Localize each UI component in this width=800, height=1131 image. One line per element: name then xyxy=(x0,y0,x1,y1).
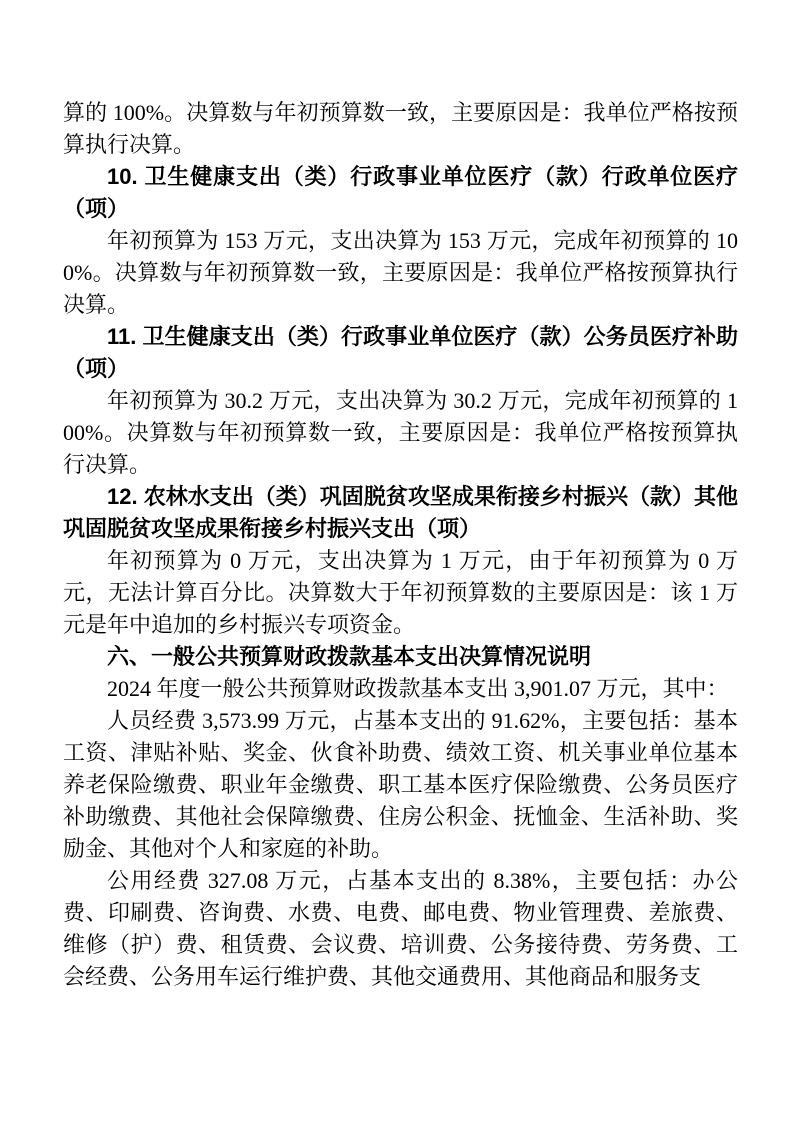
body-paragraph: 年初预算为 153 万元，支出决算为 153 万元，完成年初预算的 100%。决… xyxy=(63,225,738,321)
section-heading: 11. 卫生健康支出（类）行政事业单位医疗（款）公务员医疗补助（项） xyxy=(63,321,738,385)
section-heading: 六、一般公共预算财政拨款基本支出决算情况说明 xyxy=(63,641,738,673)
section-heading: 10. 卫生健康支出（类）行政事业单位医疗（款）行政单位医疗（项） xyxy=(63,161,738,225)
body-paragraph: 算的 100%。决算数与年初预算数一致，主要原因是：我单位严格按预算执行决算。 xyxy=(63,97,738,161)
document-page: 算的 100%。决算数与年初预算数一致，主要原因是：我单位严格按预算执行决算。1… xyxy=(0,0,800,1131)
body-paragraph: 2024 年度一般公共预算财政拨款基本支出 3,901.07 万元，其中： xyxy=(63,673,738,705)
body-paragraph: 年初预算为 0 万元，支出决算为 1 万元，由于年初预算为 0 万元，无法计算百… xyxy=(63,545,738,641)
section-heading: 12. 农林水支出（类）巩固脱贫攻坚成果衔接乡村振兴（款）其他巩固脱贫攻坚成果衔… xyxy=(63,481,738,545)
body-paragraph: 公用经费 327.08 万元，占基本支出的 8.38%，主要包括：办公费、印刷费… xyxy=(63,865,738,993)
body-paragraph: 人员经费 3,573.99 万元，占基本支出的 91.62%，主要包括：基本工资… xyxy=(63,705,738,865)
document-text-block: 算的 100%。决算数与年初预算数一致，主要原因是：我单位严格按预算执行决算。1… xyxy=(63,97,738,993)
body-paragraph: 年初预算为 30.2 万元，支出决算为 30.2 万元，完成年初预算的 100%… xyxy=(63,385,738,481)
